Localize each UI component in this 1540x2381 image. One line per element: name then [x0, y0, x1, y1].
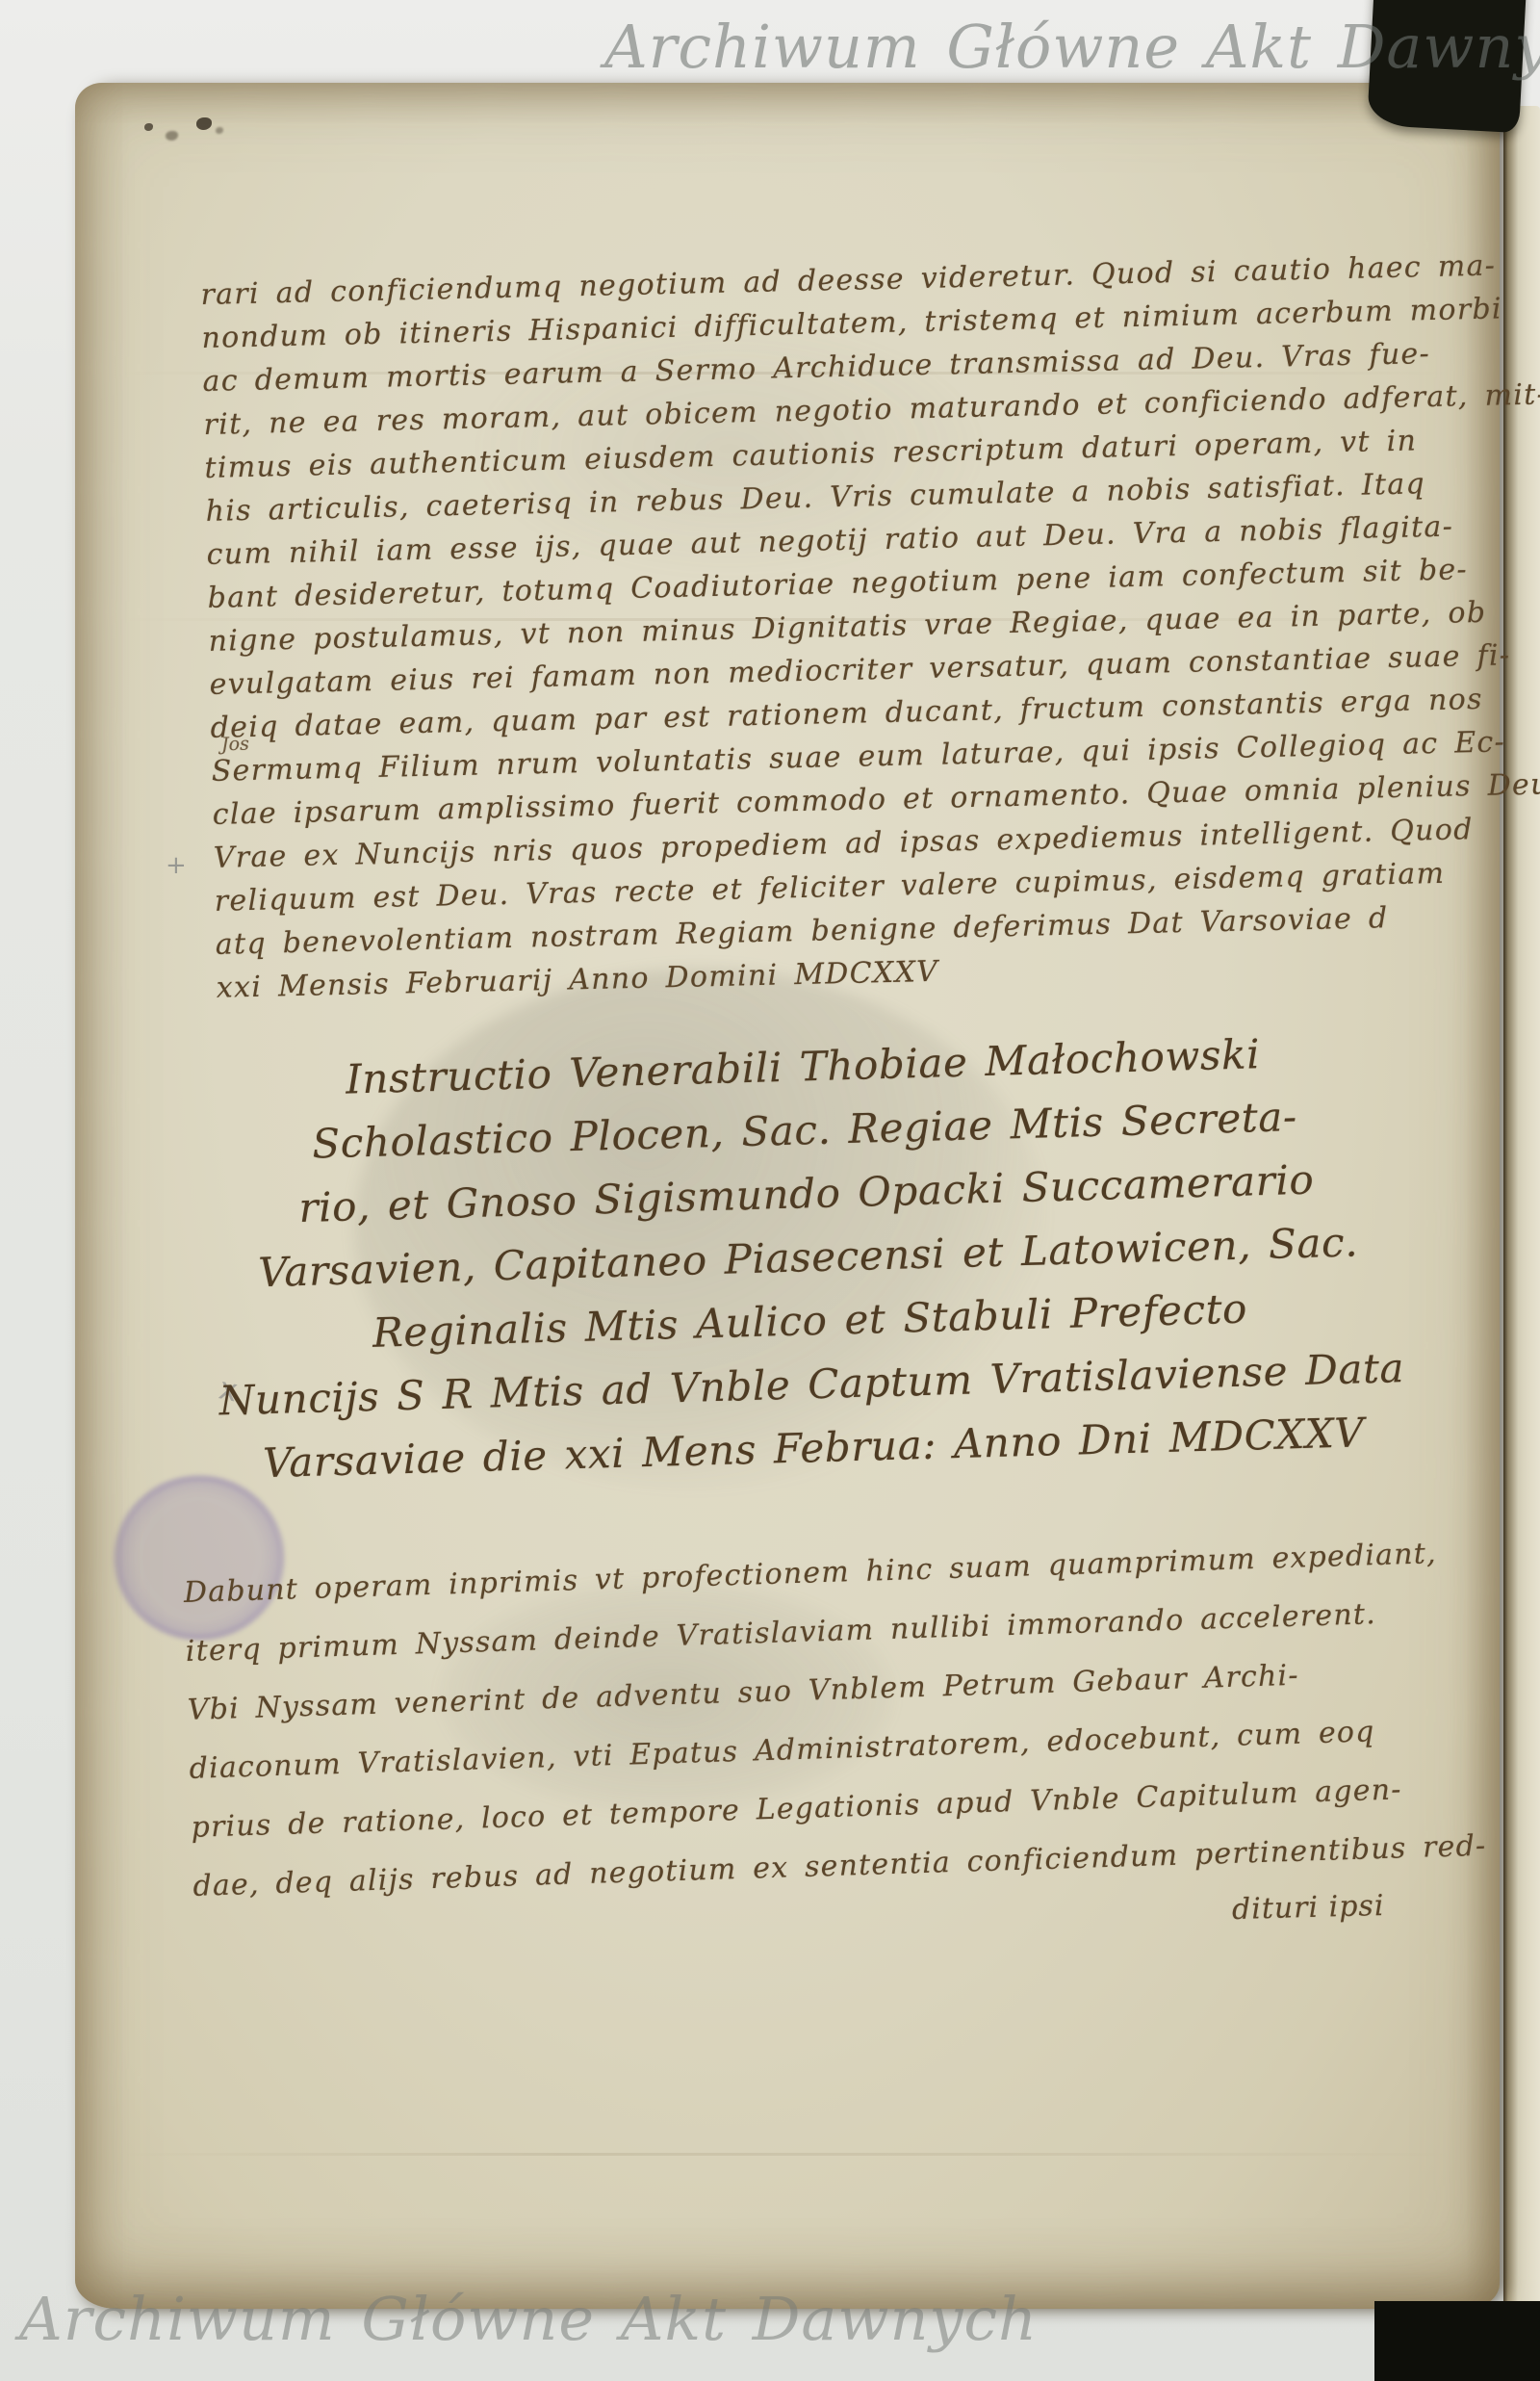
ink-blot: [166, 131, 178, 141]
paper-crease: [117, 2153, 1456, 2156]
bookmark-ribbon: [1367, 0, 1527, 133]
catchword: dituri ipsi: [1231, 1889, 1384, 1927]
ink-blot: [144, 123, 153, 131]
ink-blot: [216, 127, 223, 134]
instruction-heading: Instructio Venerabili Thobiae Małochowsk…: [160, 1018, 1456, 1498]
ink-blot: [196, 117, 212, 130]
next-page-edge: [1503, 106, 1540, 2307]
manuscript-page: + x rari ad conficiendumq negotium ad de…: [75, 83, 1500, 2309]
pencil-mark-plus: +: [166, 851, 187, 880]
interlinear-insertion: Jos: [221, 734, 249, 756]
black-backdrop-corner: [1374, 2301, 1540, 2381]
instruction-paragraph: Dabunt operam inprimis vt profectionem h…: [183, 1523, 1488, 1916]
letter-body-paragraph: rari ad conficiendumq negotium ad deesse…: [200, 245, 1501, 1010]
